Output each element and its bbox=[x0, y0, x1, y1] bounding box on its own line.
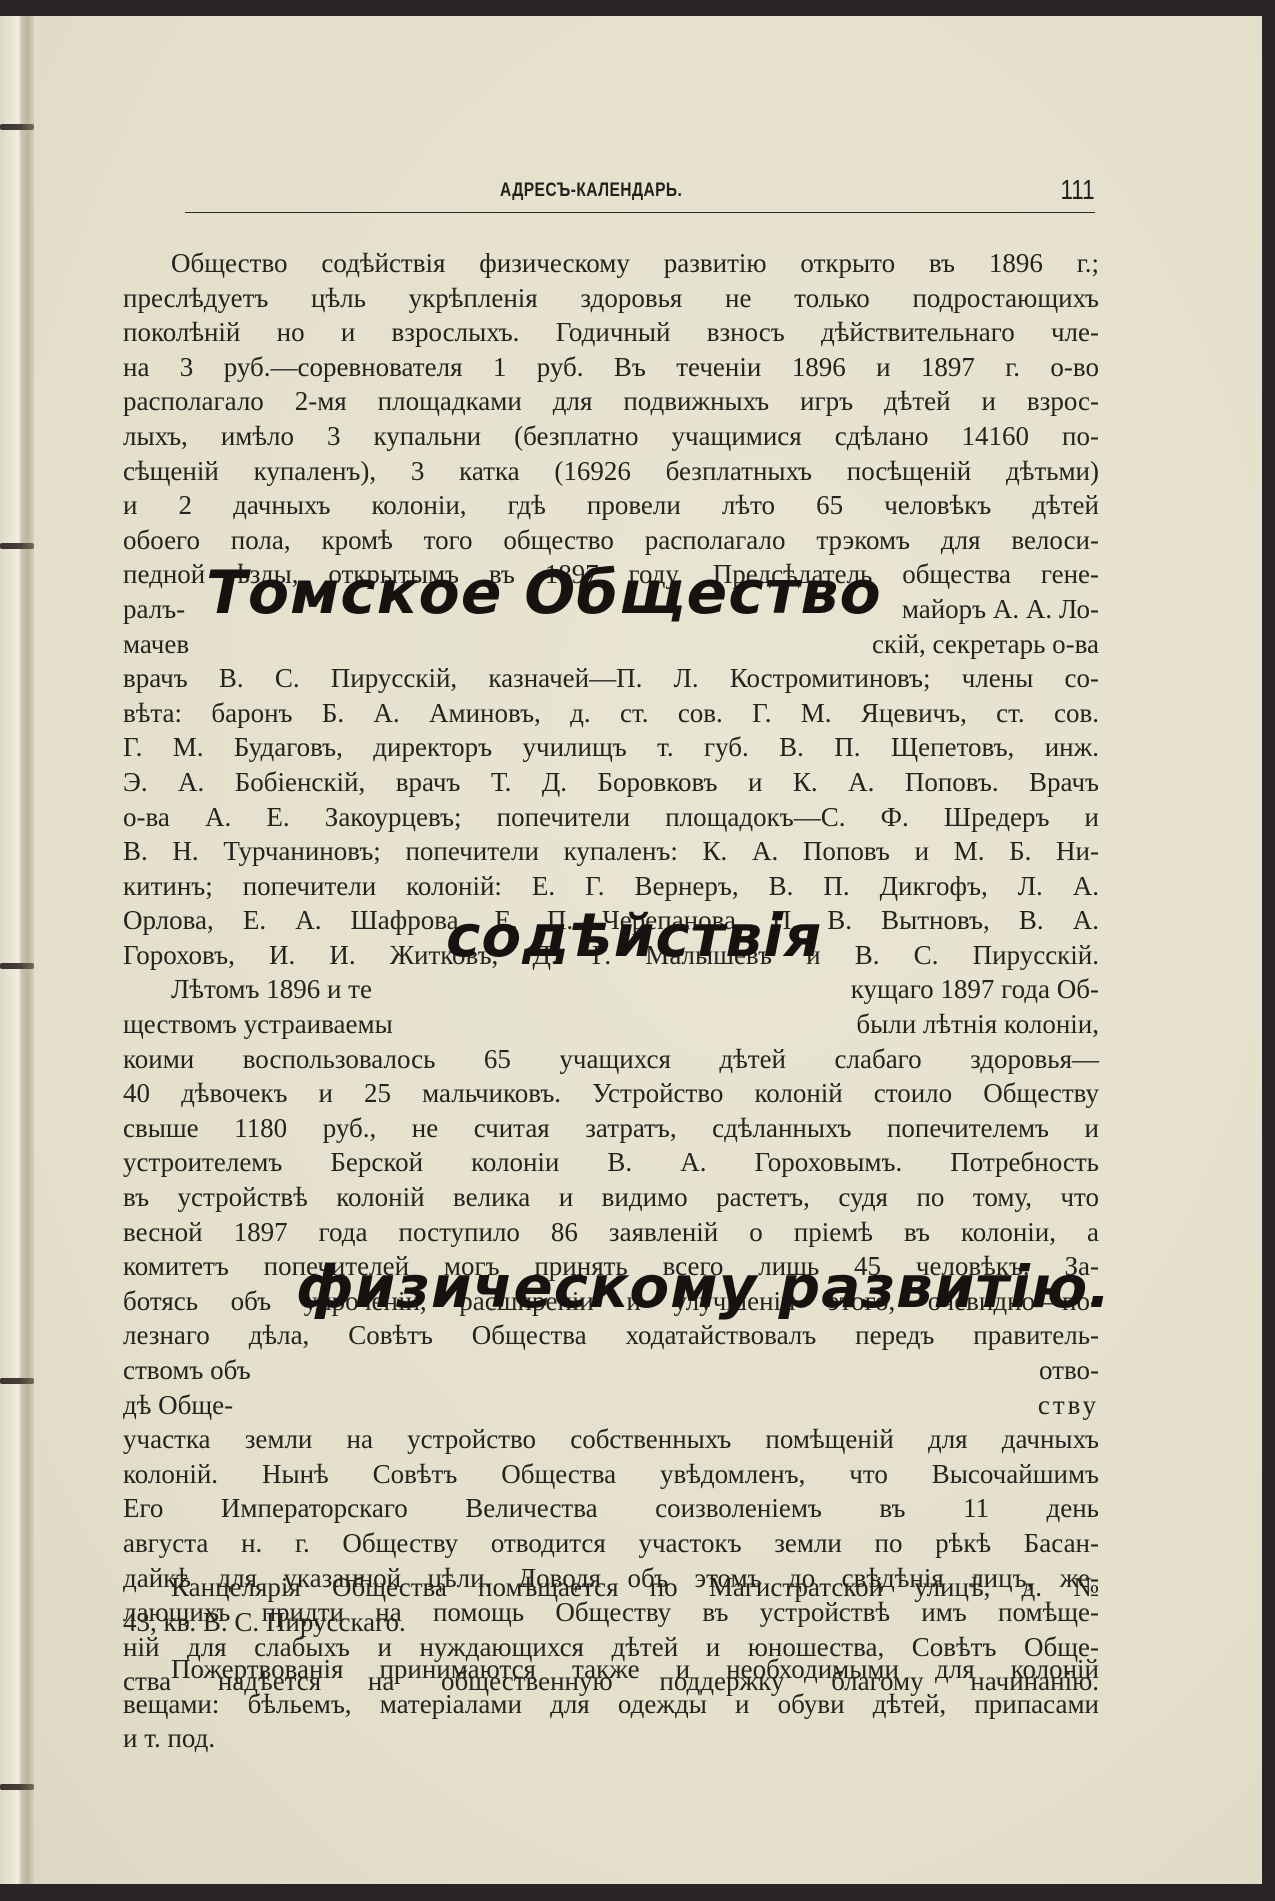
page-binding bbox=[0, 16, 34, 1884]
text-line: преслѣдуетъ цѣль укрѣпленія здоровья не … bbox=[123, 281, 1099, 316]
text-line: 40 дѣвочекъ и 25 мальчиковъ. Устройство … bbox=[123, 1076, 1099, 1111]
text-line: 43, кв. В. С. Пирусскаго. bbox=[123, 1605, 1099, 1640]
paragraph-donations: Пожертвованія принимаются также и необхо… bbox=[123, 1652, 1099, 1756]
page-number: 111 bbox=[1061, 174, 1095, 206]
ad-title-line-3: физическому развитію. bbox=[296, 1253, 1111, 1321]
inset-row: дѣ Обще- ству bbox=[123, 1388, 1099, 1423]
inset-left: Лѣтомъ 1896 и те bbox=[123, 972, 372, 1007]
text-line: В. Н. Турчаниновъ; попечители купаленъ: … bbox=[123, 834, 1099, 869]
paragraph-address: Канцелярія Общества помѣщается по Магист… bbox=[123, 1570, 1099, 1639]
inset-left: ралъ- bbox=[123, 592, 185, 627]
text-line: Г. М. Будаговъ, директоръ училищъ т. губ… bbox=[123, 730, 1099, 765]
paragraph-1: Общество содѣйствія физическому развитію… bbox=[123, 246, 1099, 1699]
text-line: Э. А. Бобіенскій, врачъ Т. Д. Боровковъ … bbox=[123, 765, 1099, 800]
text-line: весной 1897 года поступило 86 заявленій … bbox=[123, 1215, 1099, 1250]
text-line: вещами: бѣльемъ, матеріалами для одежды … bbox=[123, 1687, 1099, 1722]
text-line: устроителемъ Берской колоніи В. А. Горох… bbox=[123, 1145, 1099, 1180]
inset-row: ствомъ объ отво- bbox=[123, 1353, 1099, 1388]
binding-stitch bbox=[0, 963, 34, 969]
text-line: Его Императорскаго Величества соизволені… bbox=[123, 1491, 1099, 1526]
inset-right: ству bbox=[1038, 1388, 1099, 1423]
inset-row: мачев скій, секретарь о-ва bbox=[123, 627, 1099, 662]
inset-left: дѣ Обще- bbox=[123, 1388, 233, 1423]
text-line: врачъ В. С. Пирусскій, казначей—П. Л. Ко… bbox=[123, 661, 1099, 696]
inset-right: скій, секретарь о-ва bbox=[872, 627, 1099, 662]
text-line: располагало 2-мя площадками для подвижны… bbox=[123, 384, 1099, 419]
text-line: въ устройствѣ колоній велика и видимо ра… bbox=[123, 1180, 1099, 1215]
text-line: о-ва А. Е. Закоурцевъ; попечители площад… bbox=[123, 800, 1099, 835]
text-line: участка земли на устройство собственныхъ… bbox=[123, 1422, 1099, 1457]
inset-row: Лѣтомъ 1896 и те кущаго 1897 года Об- bbox=[123, 972, 1099, 1007]
inset-right: кущаго 1897 года Об- bbox=[851, 972, 1099, 1007]
binding-stitch bbox=[0, 124, 34, 130]
inset-left: ществомъ устраиваемы bbox=[123, 1007, 393, 1042]
text-line: лыхъ, имѣло 3 купальни (безплатно учащим… bbox=[123, 419, 1099, 454]
text-line: на 3 руб.—соревнователя 1 руб. Въ течені… bbox=[123, 350, 1099, 385]
inset-right: были лѣтнія колоніи, bbox=[856, 1007, 1099, 1042]
text-line: и 2 дачныхъ колоніи, гдѣ провели лѣто 65… bbox=[123, 488, 1099, 523]
text-line: китинъ; попечители колоній: Е. Г. Вернер… bbox=[123, 869, 1099, 904]
text-line: Канцелярія Общества помѣщается по Магист… bbox=[123, 1570, 1099, 1605]
binding-stitch bbox=[0, 543, 34, 549]
text-line: колоній. Нынѣ Совѣтъ Общества увѣдомленъ… bbox=[123, 1457, 1099, 1492]
inset-row: ществомъ устраиваемы были лѣтнія колоніи… bbox=[123, 1007, 1099, 1042]
text-line: вѣта: баронъ Б. А. Аминовъ, д. ст. сов. … bbox=[123, 696, 1099, 731]
text-line: сѣщеній купаленъ), 3 катка (16926 безпла… bbox=[123, 454, 1099, 489]
text-line: и т. под. bbox=[123, 1721, 1099, 1756]
text-line: поколѣній но и взрослыхъ. Годичный взнос… bbox=[123, 315, 1099, 350]
text-line: Общество содѣйствія физическому развитію… bbox=[123, 246, 1099, 281]
ad-title-line-2: содѣйствія bbox=[446, 902, 822, 970]
running-header: АДРЕСЪ-КАЛЕНДАРЬ. 111 bbox=[185, 174, 1095, 213]
text-line: августа н. г. Обществу отводится участок… bbox=[123, 1526, 1099, 1561]
ad-title-line-1: Томское Общество bbox=[206, 558, 882, 628]
text-line: свыше 1180 руб., не считая затратъ, сдѣл… bbox=[123, 1111, 1099, 1146]
binding-stitch bbox=[0, 1378, 34, 1384]
binding-stitch bbox=[0, 1784, 34, 1790]
inset-left: ствомъ объ bbox=[123, 1353, 251, 1388]
text-line: коими воспользовалось 65 учащихся дѣтей … bbox=[123, 1042, 1099, 1077]
inset-right: майоръ А. А. Ло- bbox=[902, 592, 1099, 627]
inset-right: отво- bbox=[1039, 1353, 1099, 1388]
inset-left: мачев bbox=[123, 627, 189, 662]
text-line: лезнаго дѣла, Совѣтъ Общества ходатайств… bbox=[123, 1318, 1099, 1353]
text-line: обоего пола, кромѣ того общество распола… bbox=[123, 523, 1099, 558]
text-line: Пожертвованія принимаются также и необхо… bbox=[123, 1652, 1099, 1687]
header-title: АДРЕСЪ-КАЛЕНДАРЬ. bbox=[500, 180, 682, 202]
